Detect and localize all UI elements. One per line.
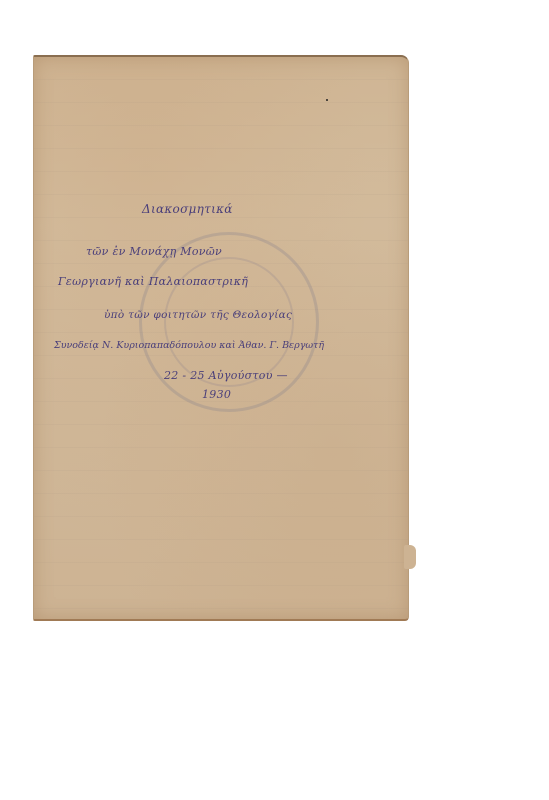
ink-speck xyxy=(326,99,328,101)
manuscript-page: Διακοσμητικά τῶν ἐν Μονάχῃ Μονῶν Γεωργια… xyxy=(33,55,409,621)
title-line: Διακοσμητικά xyxy=(142,202,233,216)
circular-seal-stamp xyxy=(139,232,319,412)
torn-edge xyxy=(404,545,416,569)
text-line-2: τῶν ἐν Μονάχῃ Μονῶν xyxy=(86,245,222,258)
text-line-3: Γεωργιανῆ καὶ Παλαιοπαστρικῆ xyxy=(58,275,248,288)
year-line: 1930 xyxy=(202,388,231,401)
date-line: 22 - 25 Αὐγούστου — xyxy=(164,369,288,382)
text-line-5: Συνοδείᾳ Ν. Κυριοπαπαδόπουλου καὶ Ἀθαν. … xyxy=(54,340,324,351)
text-line-4: ὑπὸ τῶν φοιτητῶν τῆς Θεολογίας xyxy=(104,309,292,321)
